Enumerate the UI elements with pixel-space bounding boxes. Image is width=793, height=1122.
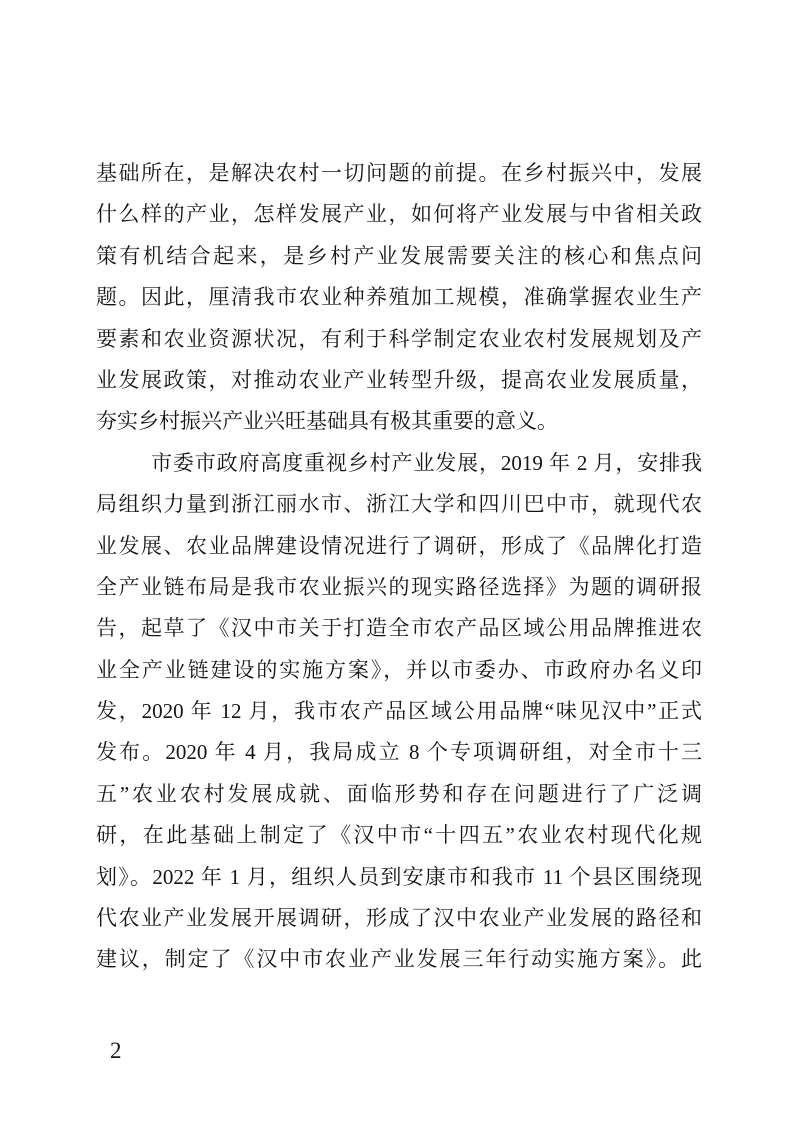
- text-line: 什么样的产业，怎样发展产业，如何将产业发展与中省相关政: [96, 194, 702, 235]
- text-line: 发布。2020 年 4 月，我局成立 8 个专项调研组，对全市十三: [96, 732, 702, 773]
- text-line: 夯实乡村振兴产业兴旺基础具有极其重要的意义。: [96, 401, 702, 442]
- text-line: 代农业产业发展开展调研，形成了汉中农业产业发展的路径和: [96, 898, 702, 939]
- text-line: 划》。2022 年 1 月，组织人员到安康市和我市 11 个县区围绕现: [96, 857, 702, 898]
- text-line: 业发展、农业品牌建设情况进行了调研，形成了《品牌化打造: [96, 526, 702, 567]
- document-page: 基础所在，是解决农村一切问题的前提。在乡村振兴中，发展 什么样的产业，怎样发展产…: [0, 0, 793, 1122]
- text-line: 五”农业农村发展成就、面临形势和存在问题进行了广泛调: [96, 774, 702, 815]
- page-number: 2: [110, 1036, 122, 1066]
- text-line: 局组织力量到浙江丽水市、浙江大学和四川巴中市，就现代农: [96, 484, 702, 525]
- text-line: 策有机结合起来，是乡村产业发展需要关注的核心和焦点问: [96, 236, 702, 277]
- text-line: 研，在此基础上制定了《汉中市“十四五”农业农村现代化规: [96, 815, 702, 856]
- text-line: 发，2020 年 12 月，我市农产品区域公用品牌“味见汉中”正式: [96, 691, 702, 732]
- document-body: 基础所在，是解决农村一切问题的前提。在乡村振兴中，发展 什么样的产业，怎样发展产…: [96, 153, 702, 981]
- text-line: 题。因此，厘清我市农业种养殖加工规模，准确掌握农业生产: [96, 277, 702, 318]
- text-line: 要素和农业资源状况，有利于科学制定农业农村发展规划及产: [96, 319, 702, 360]
- text-line: 基础所在，是解决农村一切问题的前提。在乡村振兴中，发展: [96, 153, 702, 194]
- text-line: 告，起草了《汉中市关于打造全市农产品区域公用品牌推进农: [96, 608, 702, 649]
- text-line: 业发展政策，对推动农业产业转型升级，提高农业发展质量，: [96, 360, 702, 401]
- text-line: 市委市政府高度重视乡村产业发展，2019 年 2 月，安排我: [96, 443, 702, 484]
- text-line: 业全产业链建设的实施方案》，并以市委办、市政府办名义印: [96, 650, 702, 691]
- text-line: 全产业链布局是我市农业振兴的现实路径选择》为题的调研报: [96, 567, 702, 608]
- text-line: 建议，制定了《汉中市农业产业发展三年行动实施方案》。此: [96, 939, 702, 980]
